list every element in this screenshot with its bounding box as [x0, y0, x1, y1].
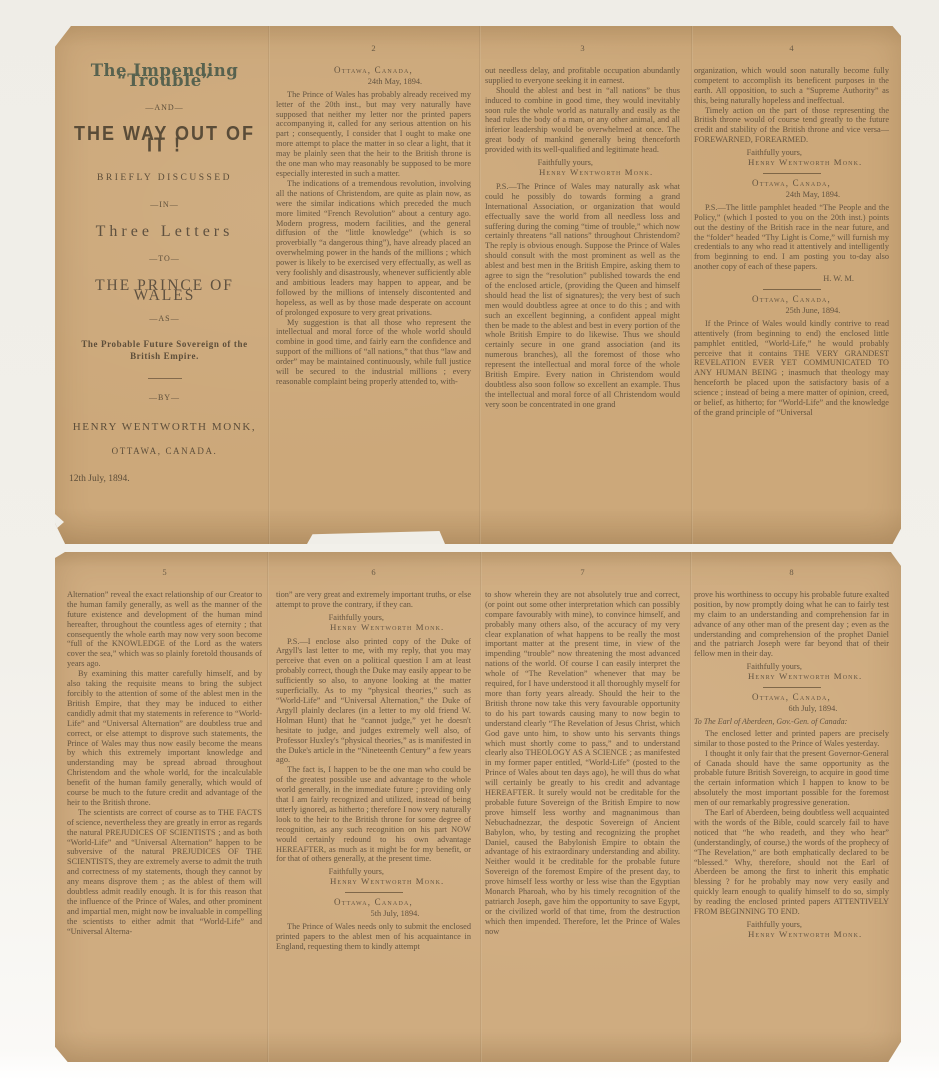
dateline-date: 25th June, 1894.: [694, 306, 889, 316]
divider-rule: [763, 173, 821, 174]
paragraph-continued: prove his worthiness to occupy his proba…: [694, 590, 889, 659]
in-label: —IN—: [67, 200, 262, 210]
dateline-place: Ottawa, Canada,: [694, 693, 889, 703]
fold-crease: [691, 26, 693, 544]
three-letters: Three Letters: [67, 227, 262, 237]
page-number: 4: [694, 44, 889, 54]
paragraph-continued: organization, which would soon naturally…: [694, 66, 889, 106]
paragraph: The Prince of Wales has probably already…: [276, 90, 471, 179]
fold-crease: [268, 26, 270, 544]
paragraph: Should the ablest and best in “all natio…: [485, 86, 680, 155]
prince-of-wales: THE PRINCE OF WALES: [67, 281, 262, 301]
pamphlet-page-2: 2Ottawa, Canada,24th May, 1894.The Princ…: [276, 42, 471, 536]
paragraph: The Earl of Aberdeen, being doubtless we…: [694, 808, 889, 917]
pamphlet-title-page: The Impending “Trouble” —AND— THE WAY OU…: [67, 42, 262, 536]
paragraph: P.S.—I enclose also printed copy of the …: [276, 637, 471, 766]
signature-name: Henry Wentworth Monk.: [694, 158, 889, 168]
page-number: 8: [694, 568, 889, 578]
briefly-discussed: BRIEFLY DISCUSSED: [67, 174, 262, 184]
fold-crease: [480, 552, 482, 1062]
by-label: —BY—: [67, 393, 262, 403]
paragraph: The scientists are correct of course as …: [67, 808, 262, 937]
fold-crease: [690, 552, 692, 1062]
page-number: 7: [485, 568, 680, 578]
divider-rule: [763, 687, 821, 688]
pamphlet-sheet-bottom: 5Alternation” reveal the exact relations…: [55, 552, 901, 1062]
dateline-place: Ottawa, Canada,: [276, 898, 471, 908]
author-name: HENRY WENTWORTH MONK,: [67, 423, 262, 433]
paragraph: P.S.—The Prince of Wales may naturally a…: [485, 182, 680, 410]
signature-name: Henry Wentworth Monk.: [276, 623, 471, 633]
page-number: 5: [67, 568, 262, 578]
title-date: 12th July, 1894.: [67, 475, 262, 485]
addressee-line: To The Earl of Aberdeen, Gov.-Gen. of Ca…: [694, 717, 889, 727]
dateline-place: Ottawa, Canada,: [276, 66, 471, 76]
dateline-date: 6th July, 1894.: [694, 704, 889, 714]
pamphlet-page-7: 7to show wherein they are not absolutely…: [485, 566, 680, 1054]
pamphlet-page-4: 4organization, which would soon naturall…: [694, 42, 889, 536]
as-label: —AS—: [67, 314, 262, 324]
paragraph: The enclosed letter and printed papers a…: [694, 729, 889, 749]
paragraph-continued: Alternation” reveal the exact relationsh…: [67, 590, 262, 669]
signature-name: Henry Wentworth Monk.: [694, 930, 889, 940]
divider-rule: [763, 289, 821, 290]
signature-name: Henry Wentworth Monk.: [276, 877, 471, 887]
dateline-place: Ottawa, Canada,: [694, 179, 889, 189]
pamphlet-page-6: 6tion” are very great and extremely impo…: [276, 566, 471, 1054]
paragraph: The fact is, I happen to be the one man …: [276, 765, 471, 864]
page-number: 2: [276, 44, 471, 54]
pamphlet-page-8: 8prove his worthiness to occupy his prob…: [694, 566, 889, 1054]
paragraph: If the Prince of Wales would kindly cont…: [694, 319, 889, 418]
signature-name: Henry Wentworth Monk.: [485, 168, 680, 178]
dateline-date: 24th May, 1894.: [276, 77, 471, 87]
paragraph: P.S.—The little pamphlet headed “The Peo…: [694, 203, 889, 272]
paragraph: The Prince of Wales needs only to submit…: [276, 922, 471, 952]
paragraph-continued: to show wherein they are not absolutely …: [485, 590, 680, 937]
dateline-date: 24th May, 1894.: [694, 190, 889, 200]
paragraph-continued: tion” are very great and extremely impor…: [276, 590, 471, 610]
pamphlet-main-title: THE WAY OUT OF IT !: [67, 128, 262, 151]
divider-rule: [345, 892, 403, 893]
paragraph-continued: out needless delay, and profitable occup…: [485, 66, 680, 86]
pamphlet-sheet-top: The Impending “Trouble” —AND— THE WAY OU…: [55, 26, 901, 544]
signature-name: Henry Wentworth Monk.: [694, 672, 889, 682]
page-number: 6: [276, 568, 471, 578]
fold-crease: [267, 552, 269, 1062]
paper-nick: [55, 514, 64, 530]
paragraph: The indications of a tremendous revoluti…: [276, 179, 471, 318]
paragraph: Timely action on the part of those repre…: [694, 106, 889, 146]
subtitle: The Probable Future Sovereign of the Bri…: [67, 338, 262, 362]
signature-initials: H. W. M.: [694, 274, 889, 284]
pamphlet-page-5: 5Alternation” reveal the exact relations…: [67, 566, 262, 1054]
paragraph: My suggestion is that all those who repr…: [276, 318, 471, 387]
pamphlet-script-title: The Impending “Trouble”: [67, 66, 262, 86]
paragraph: I thought it only fair that the present …: [694, 749, 889, 808]
page-number: 3: [485, 44, 680, 54]
fold-crease: [479, 26, 481, 544]
and-label: —AND—: [67, 103, 262, 113]
dateline-date: 5th July, 1894.: [276, 909, 471, 919]
to-label: —TO—: [67, 254, 262, 264]
author-place: OTTAWA, CANADA.: [67, 447, 262, 457]
title-rule: [148, 378, 182, 379]
paragraph: By examining this matter carefully himse…: [67, 669, 262, 808]
pamphlet-page-3: 3out needless delay, and profitable occu…: [485, 42, 680, 536]
dateline-place: Ottawa, Canada,: [694, 295, 889, 305]
